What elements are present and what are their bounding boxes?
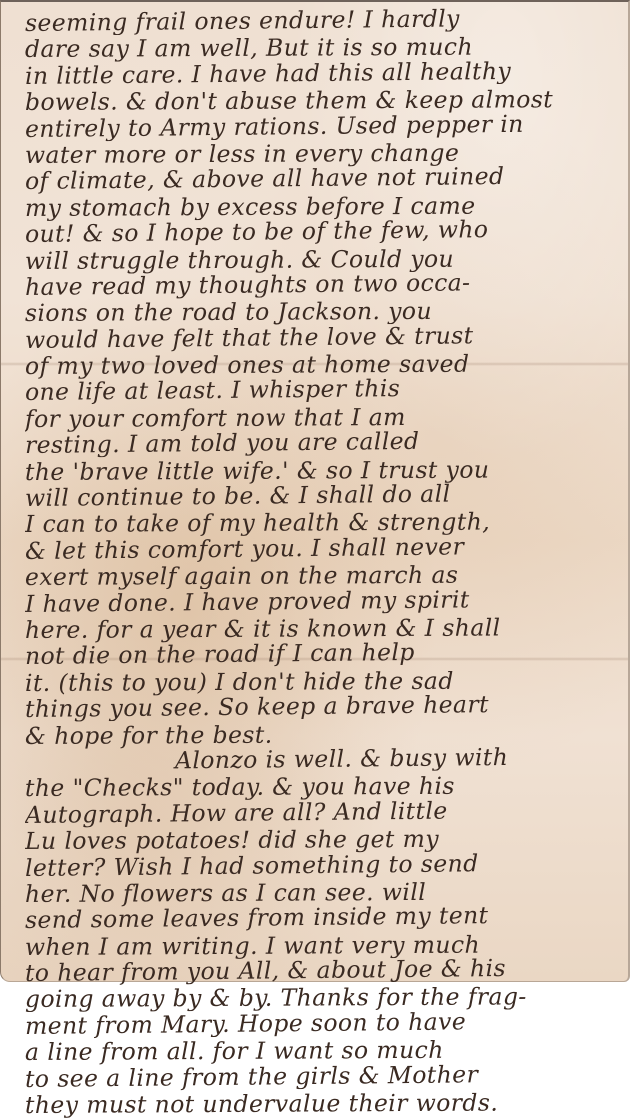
text-line: have read my thoughts on two occa- (25, 268, 625, 301)
text-line: to hear from you All, & about Joe & his (25, 954, 625, 987)
handwritten-text-body: seeming frail ones endure! I hardly dare… (25, 10, 625, 1000)
text-line: Autograph. How are all? And little (25, 795, 625, 828)
text-line: one life at least. I whisper this (25, 373, 625, 406)
text-line: letter? Wish I had something to send (25, 848, 625, 881)
text-line: resting. I am told you are called (25, 426, 625, 459)
text-line: going away by & by. Thanks for the frag- (25, 983, 625, 1000)
text-line: Alonzo is well. & busy with (25, 743, 625, 776)
letter-page: seeming frail ones endure! I hardly dare… (0, 0, 630, 982)
text-line: I have done. I have proved my spirit (25, 584, 625, 617)
text-line: things you see. So keep a brave heart (25, 690, 625, 723)
text-line: seeming frail ones endure! I hardly (25, 4, 625, 37)
text-line: & let this comfort you. I shall never (25, 532, 625, 565)
text-line: entirely to Army rations. Used pepper in (25, 109, 625, 142)
text-line: would have felt that the love & trust (25, 320, 625, 353)
text-line: in little care. I have had this all heal… (25, 56, 625, 89)
text-line: of climate, & above all have not ruined (25, 162, 625, 195)
text-line: will continue to be. & I shall do all (25, 479, 625, 512)
text-line: not die on the road if I can help (25, 637, 625, 670)
text-line: out! & so I hope to be of the few, who (25, 215, 625, 248)
text-line: send some leaves from inside my tent (25, 901, 625, 934)
